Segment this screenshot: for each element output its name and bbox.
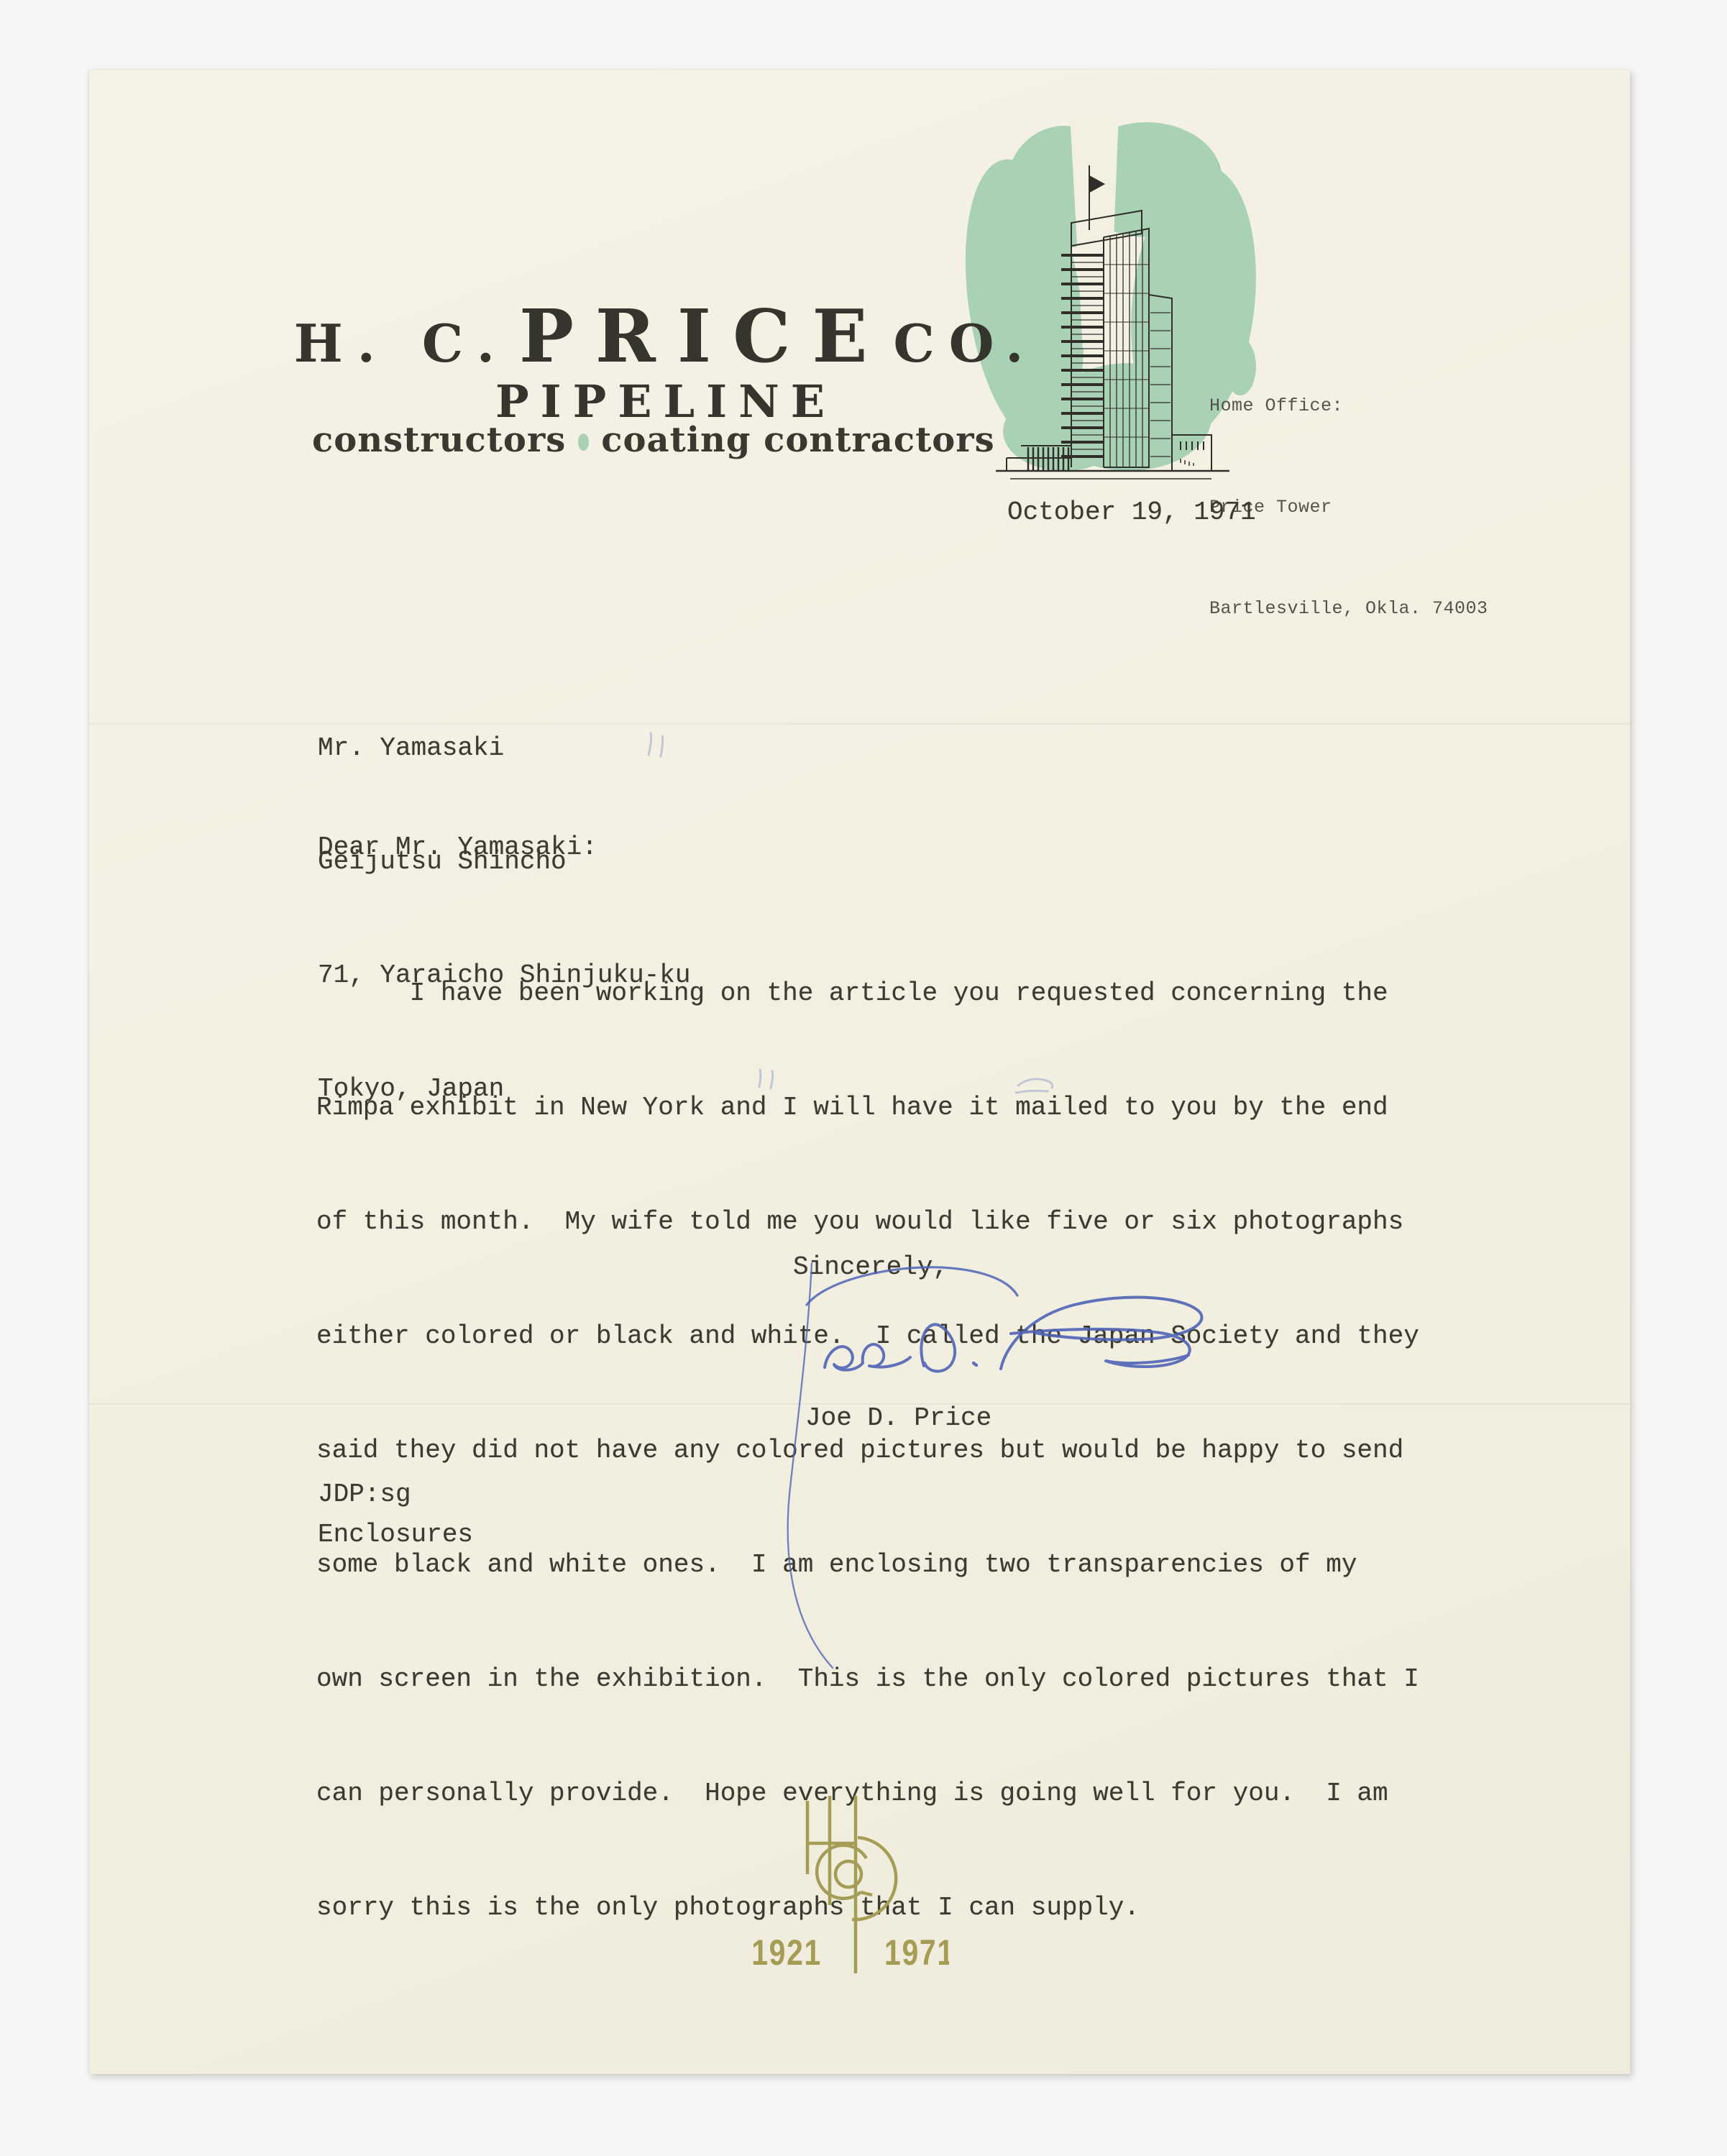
- body-line: either colored or black and white. I cal…: [316, 1317, 1419, 1355]
- anniversary-years: 1921 1971: [751, 1932, 949, 1973]
- body-line: of this month. My wife told me you would…: [316, 1203, 1419, 1241]
- salutation: Dear Mr. Yamasaki:: [318, 828, 597, 866]
- company-prefix: H. C.: [294, 313, 509, 374]
- reference-initials: JDP:sg: [318, 1475, 411, 1513]
- anniversary-end-year: 1971: [884, 1932, 949, 1973]
- body-line: Rimpa exhibit in New York and I will hav…: [316, 1088, 1419, 1127]
- home-office-label: Home Office:: [1209, 389, 1488, 423]
- home-office-block: Home Office: Price Tower Bartlesville, O…: [1209, 321, 1488, 659]
- company-main: PRICE: [519, 293, 889, 379]
- home-office-city: Bartlesville, Okla. 74003: [1209, 592, 1488, 625]
- hcp-anniversary-monogram: 1921 1971: [748, 1783, 949, 2006]
- body-line: some black and white ones. I am enclosin…: [316, 1546, 1419, 1584]
- recipient-name: Mr. Yamasaki: [318, 729, 690, 766]
- company-tagline: constructors coating contractors: [312, 420, 1038, 460]
- anniversary-start-year: 1921: [751, 1932, 822, 1973]
- tagline-left: constructors: [312, 420, 566, 460]
- scanned-letter-page: { "letterhead": { "company_prefix": "H. …: [0, 0, 1727, 2156]
- company-suffix: CO.: [893, 313, 1037, 374]
- enclosures-note: Enclosures: [318, 1515, 473, 1554]
- closing: Sincerely,: [793, 1248, 948, 1286]
- letter-date: October 19, 1971: [1007, 493, 1256, 531]
- company-name: H. C. PRICE CO.: [306, 293, 1025, 379]
- body-line: I have been working on the article you r…: [316, 974, 1419, 1012]
- tagline-right: coating contractors: [601, 420, 994, 460]
- body-line: own screen in the exhibition. This is th…: [316, 1660, 1419, 1698]
- typed-signature-name: Joe D. Price: [805, 1399, 991, 1437]
- green-dot-separator-icon: [578, 434, 589, 451]
